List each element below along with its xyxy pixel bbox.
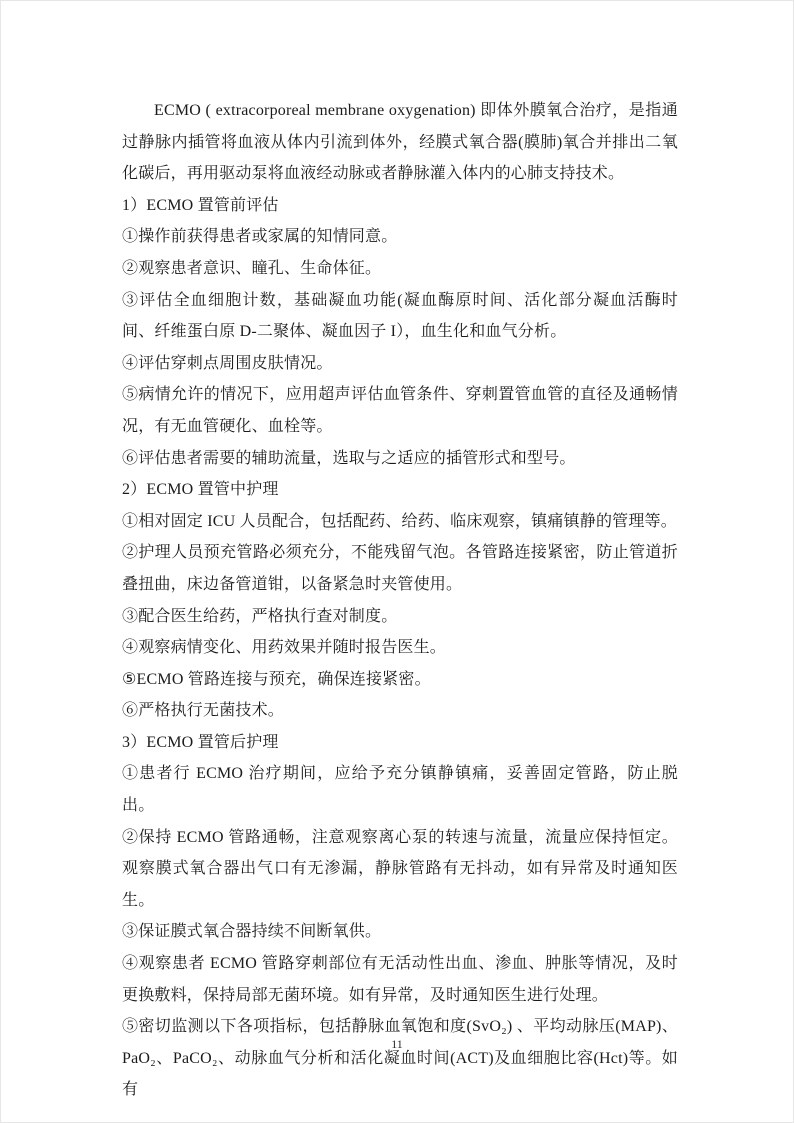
section-1-heading: 1）ECMO 置管前评估 <box>122 190 678 222</box>
section-1-item-3: ③评估全血细胞计数，基础凝血功能(凝血酶原时间、活化部分凝血活酶时间、纤维蛋白原… <box>122 285 678 348</box>
section-3-item-4: ④观察患者 ECMO 管路穿刺部位有无活动性出血、渗血、肿胀等情况，及时更换敷料… <box>122 948 678 1011</box>
section-2-item-4: ④观察病情变化、用药效果并随时报告医生。 <box>122 632 678 664</box>
section-3-item-5: ⑤密切监测以下各项指标，包括静脉血氧饱和度(SvO₂) 、平均动脉压(MAP)、… <box>122 1011 678 1106</box>
section-3-item-2: ②保持 ECMO 管路通畅，注意观察离心泵的转速与流量，流量应保持恒定。观察膜式… <box>122 822 678 917</box>
section-1-item-5: ⑤病情允许的情况下，应用超声评估血管条件、穿刺置管血管的直径及通畅情况，有无血管… <box>122 379 678 442</box>
section-2-item-5: ⑤ECMO 管路连接与预充，确保连接紧密。 <box>122 664 678 696</box>
section-2-item-3: ③配合医生给药，严格执行查对制度。 <box>122 601 678 633</box>
section-1-item-1: ①操作前获得患者或家属的知情同意。 <box>122 221 678 253</box>
section-3-item-1: ①患者行 ECMO 治疗期间，应给予充分镇静镇痛，妥善固定管路，防止脱出。 <box>122 758 678 821</box>
section-1-item-2: ②观察患者意识、瞳孔、生命体征。 <box>122 253 678 285</box>
section-2-item-6: ⑥严格执行无菌技术。 <box>122 695 678 727</box>
document-body: ECMO ( extracorporeal membrane oxygenati… <box>122 95 678 1106</box>
section-1-item-6: ⑥评估患者需要的辅助流量，选取与之适应的插管形式和型号。 <box>122 443 678 475</box>
section-2-heading: 2）ECMO 置管中护理 <box>122 474 678 506</box>
document-page: ECMO ( extracorporeal membrane oxygenati… <box>0 0 794 1123</box>
page-number: 11 <box>1 1037 793 1052</box>
section-2-item-2: ②护理人员预充管路必须充分，不能残留气泡。各管路连接紧密，防止管道折叠扭曲，床边… <box>122 537 678 600</box>
intro-paragraph: ECMO ( extracorporeal membrane oxygenati… <box>122 95 678 190</box>
section-3-heading: 3）ECMO 置管后护理 <box>122 727 678 759</box>
section-3-item-3: ③保证膜式氧合器持续不间断氧供。 <box>122 916 678 948</box>
section-1-item-4: ④评估穿刺点周围皮肤情况。 <box>122 348 678 380</box>
section-2-item-1: ①相对固定 ICU 人员配合，包括配药、给药、临床观察，镇痛镇静的管理等。 <box>122 506 678 538</box>
